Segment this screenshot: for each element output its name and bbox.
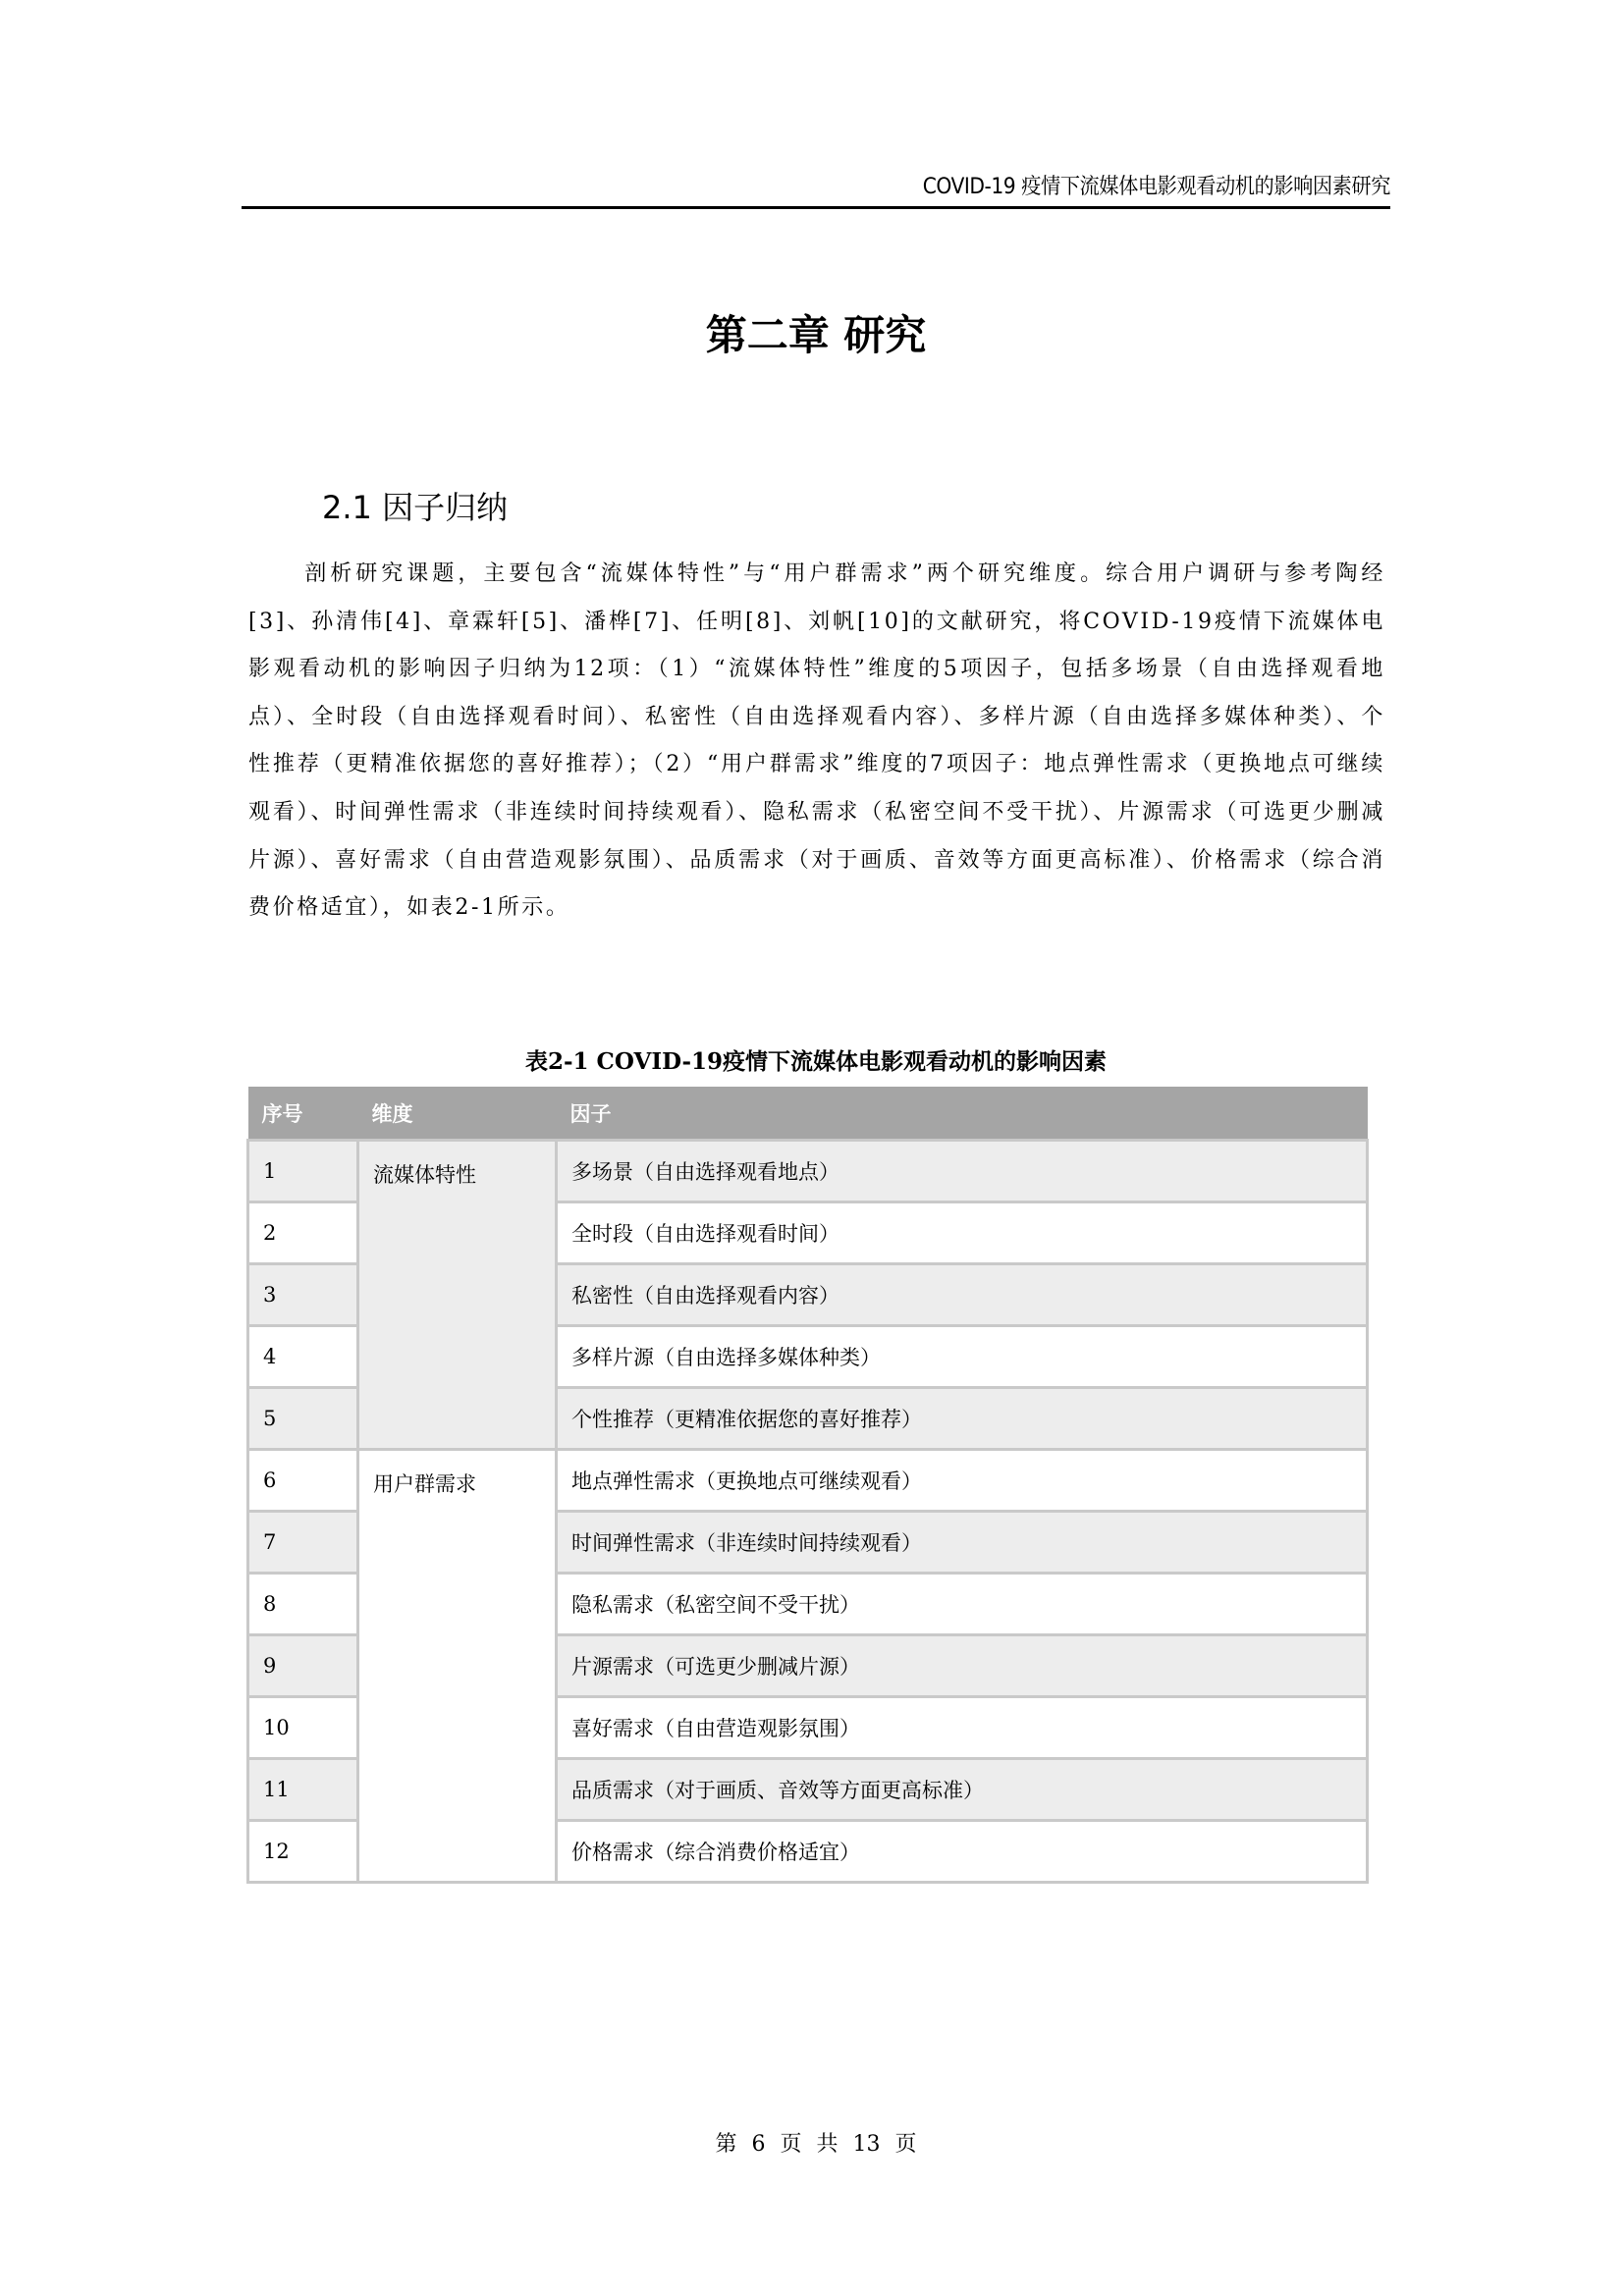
cell-no: 1 <box>248 1141 358 1202</box>
header-rule <box>242 206 1390 209</box>
factors-table: 序号 维度 因子 1 流媒体特性 多场景（自由选择观看地点） 2 全时段（自由选… <box>246 1087 1369 1884</box>
cell-no: 12 <box>248 1821 358 1883</box>
table-header-row: 序号 维度 因子 <box>248 1087 1368 1141</box>
cell-factor: 全时段（自由选择观看时间） <box>557 1202 1368 1264</box>
cell-no: 11 <box>248 1759 358 1821</box>
cell-factor: 个性推荐（更精准依据您的喜好推荐） <box>557 1388 1368 1450</box>
header-factor: 因子 <box>557 1087 1368 1141</box>
cell-factor: 隐私需求（私密空间不受干扰） <box>557 1574 1368 1635</box>
cell-no: 6 <box>248 1450 358 1512</box>
cell-no: 7 <box>248 1512 358 1574</box>
page-footer: 第 6 页 共 13 页 <box>242 2130 1390 2160</box>
cell-factor: 价格需求（综合消费价格适宜） <box>557 1821 1368 1883</box>
section-title: 2.1 因子归纳 <box>322 487 508 528</box>
chapter-title: 第二章 研究 <box>242 310 1390 361</box>
cell-dimension-streaming: 流媒体特性 <box>358 1141 557 1450</box>
cell-no: 9 <box>248 1635 358 1697</box>
cell-no: 3 <box>248 1264 358 1326</box>
body-paragraph: 剖析研究课题，主要包含“流媒体特性”与“用户群需求”两个研究维度。综合用户调研与… <box>248 551 1385 933</box>
cell-factor: 品质需求（对于画质、音效等方面更高标准） <box>557 1759 1368 1821</box>
cell-factor: 多样片源（自由选择多媒体种类） <box>557 1326 1368 1388</box>
cell-factor: 喜好需求（自由营造观影氛围） <box>557 1697 1368 1759</box>
header-no: 序号 <box>248 1087 358 1141</box>
header-dimension: 维度 <box>358 1087 557 1141</box>
cell-no: 2 <box>248 1202 358 1264</box>
cell-factor: 私密性（自由选择观看内容） <box>557 1264 1368 1326</box>
table-row: 1 流媒体特性 多场景（自由选择观看地点） <box>248 1141 1368 1202</box>
cell-factor: 地点弹性需求（更换地点可继续观看） <box>557 1450 1368 1512</box>
cell-factor: 片源需求（可选更少删减片源） <box>557 1635 1368 1697</box>
table-caption: 表2-1 COVID-19疫情下流媒体电影观看动机的影响因素 <box>242 1046 1390 1078</box>
cell-no: 4 <box>248 1326 358 1388</box>
cell-factor: 时间弹性需求（非连续时间持续观看） <box>557 1512 1368 1574</box>
cell-factor: 多场景（自由选择观看地点） <box>557 1141 1368 1202</box>
running-header: COVID-19 疫情下流媒体电影观看动机的影响因素研究 <box>334 173 1390 202</box>
table-row: 6 用户群需求 地点弹性需求（更换地点可继续观看） <box>248 1450 1368 1512</box>
cell-no: 10 <box>248 1697 358 1759</box>
cell-dimension-user-needs: 用户群需求 <box>358 1450 557 1883</box>
cell-no: 8 <box>248 1574 358 1635</box>
cell-no: 5 <box>248 1388 358 1450</box>
